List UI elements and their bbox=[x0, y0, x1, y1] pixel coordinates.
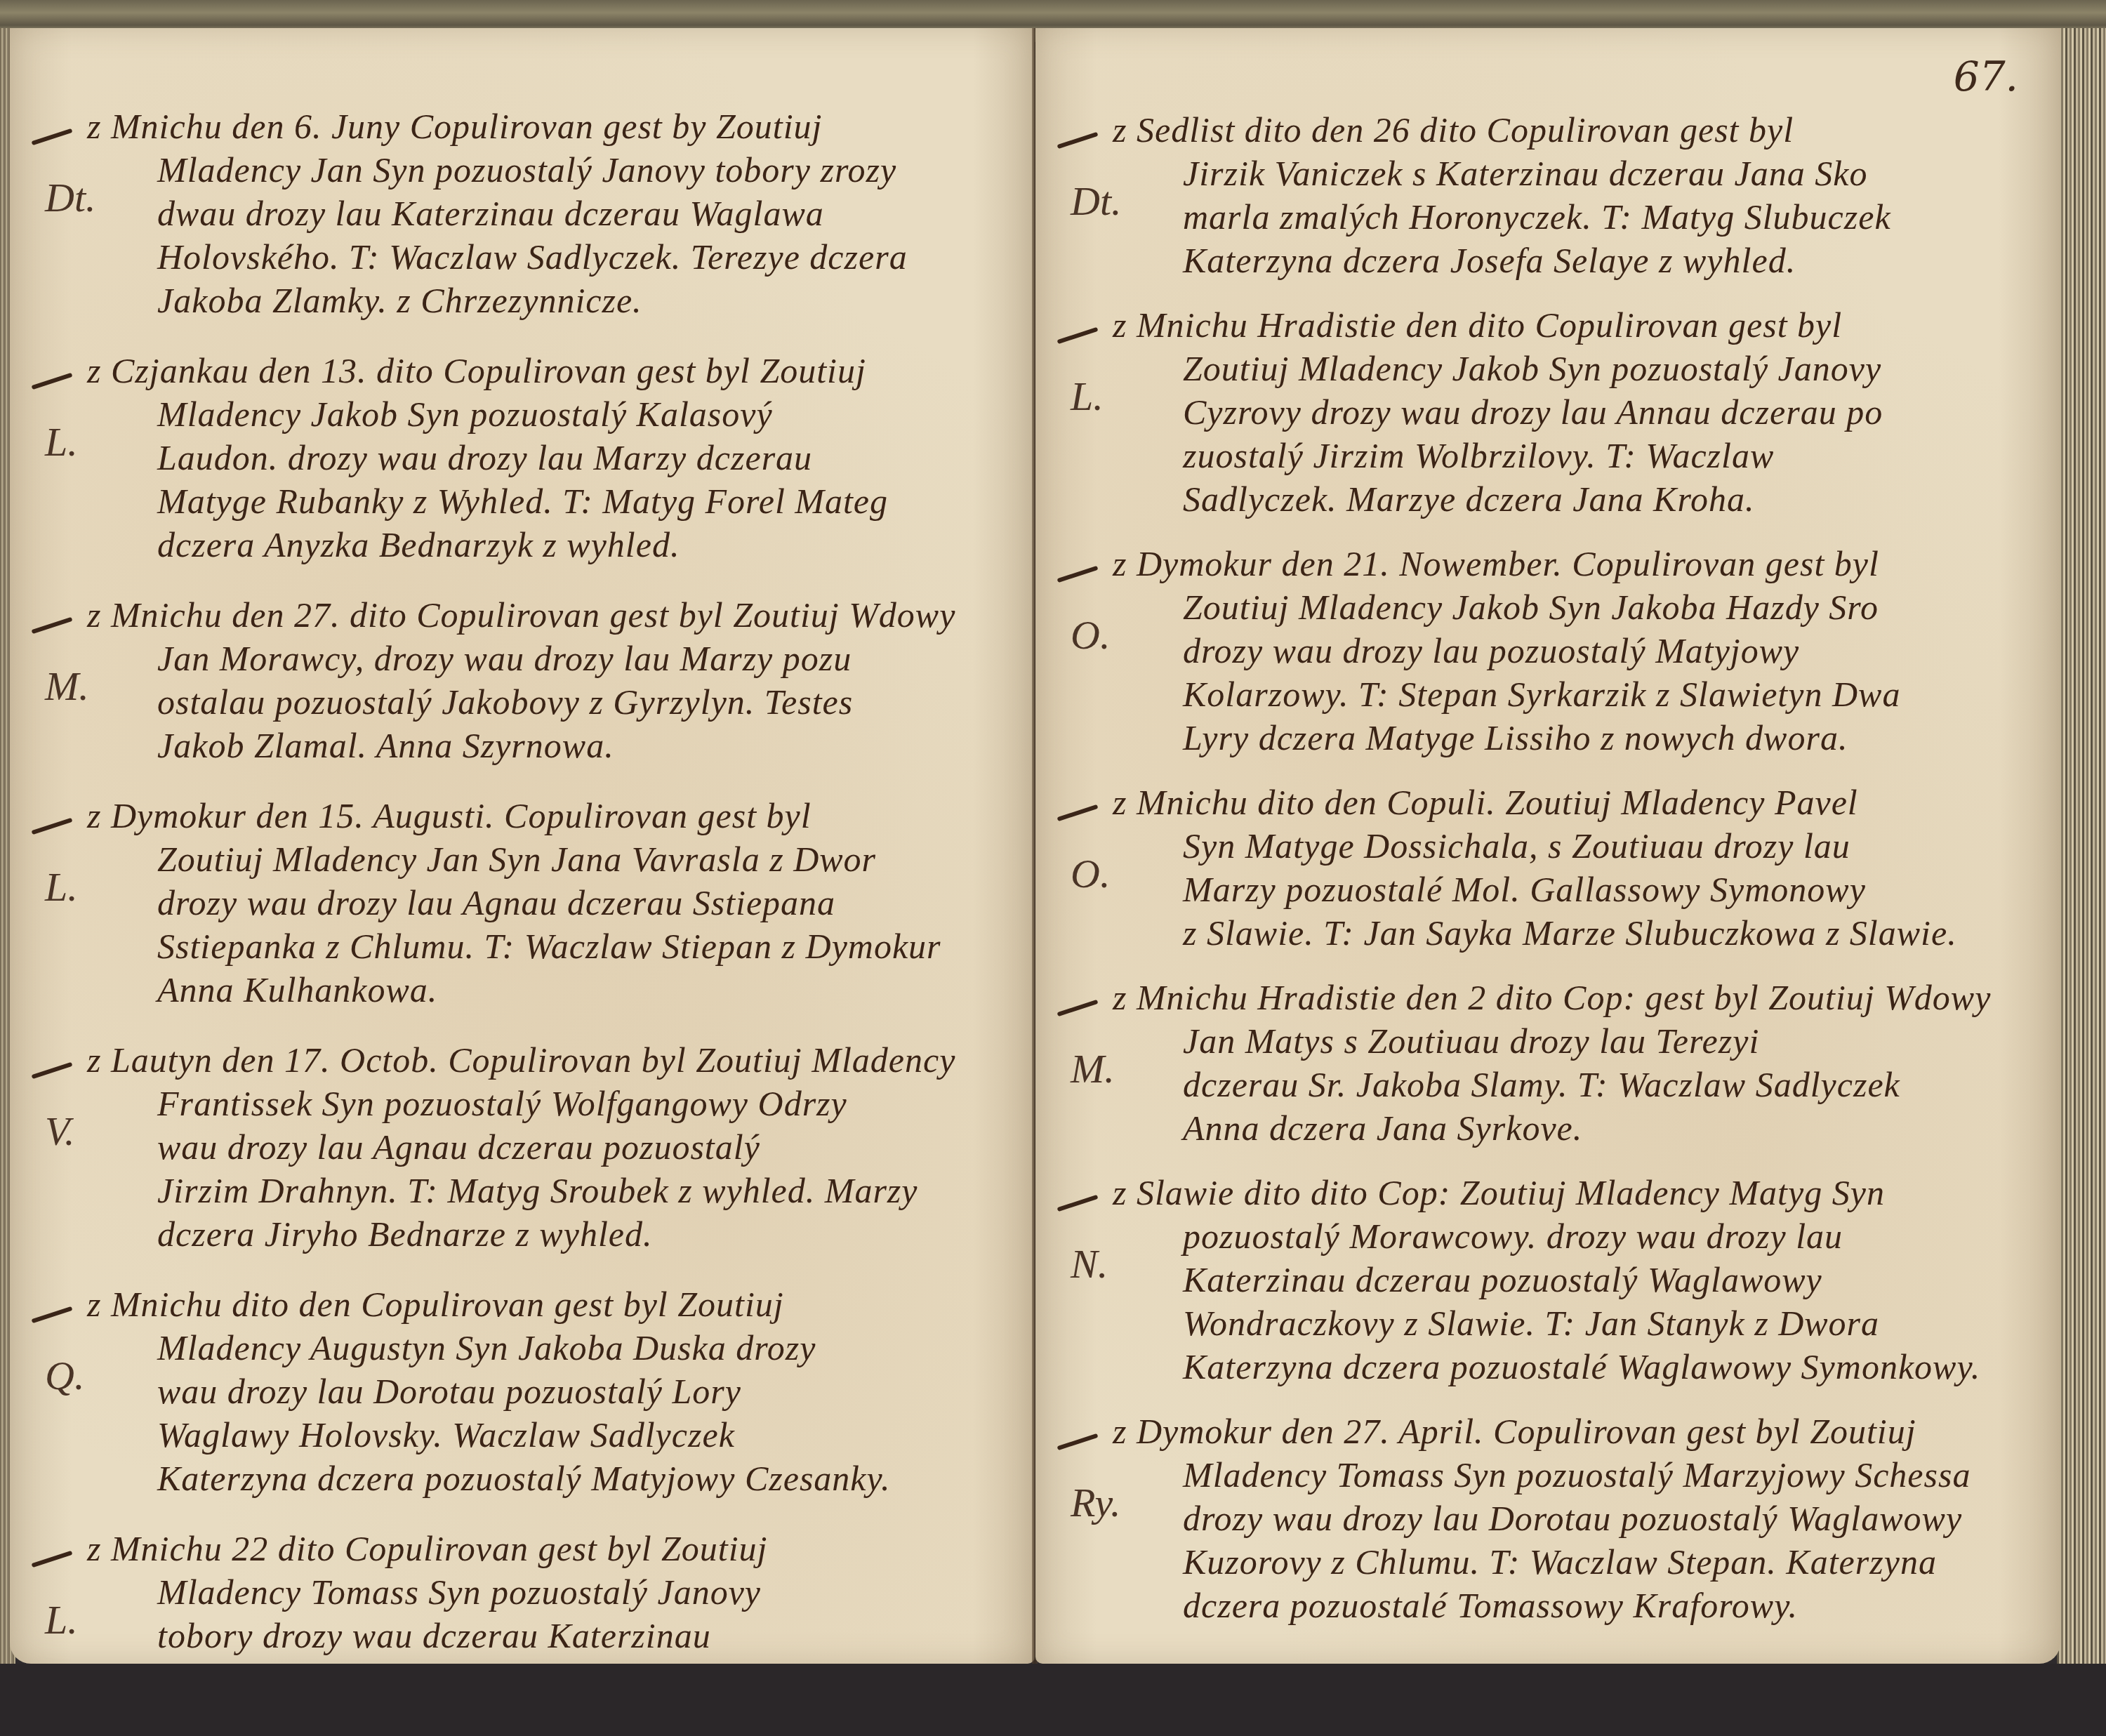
entry-heading-line: z Dymokur den 27. April. Copulirovan ges… bbox=[1113, 1414, 2039, 1449]
entry-text-line: Katerzyna dczera pozuostalé Waglawowy Sy… bbox=[1183, 1349, 2039, 1384]
entry-text-line: drozy wau drozy lau Dorotau pozuostalý W… bbox=[1183, 1501, 2039, 1536]
entry-text-line: Kolarzowy. T: Stepan Syrkarzik z Slawiet… bbox=[1183, 677, 2039, 712]
entry-text-line: dczera Jiryho Bednarze z wyhled. bbox=[157, 1217, 1014, 1252]
entry-text-line: Katerzyna dczera Josefa Selaye z wyhled. bbox=[1183, 243, 2039, 278]
entry-heading-line: z Mnichu 22 dito Copulirovan gest byl Zo… bbox=[87, 1531, 1014, 1566]
margin-flourish bbox=[32, 818, 73, 835]
entry-heading-line: z Mnichu Hradistie den 2 dito Cop: gest … bbox=[1113, 980, 2039, 1015]
margin-marker: L. bbox=[1071, 373, 1104, 420]
margin-flourish bbox=[1057, 566, 1099, 583]
margin-marker: Ry. bbox=[1071, 1479, 1120, 1526]
entry-text-line: Mladency Augustyn Syn Jakoba Duska drozy bbox=[157, 1330, 1014, 1365]
entry-text-line: Matyge Rubanky z Wyhled. T: Matyg Forel … bbox=[157, 484, 1014, 519]
entry-heading-line: z Mnichu Hradistie den dito Copulirovan … bbox=[1113, 307, 2039, 343]
entry-text-line: dwau drozy lau Katerzinau dczerau Waglaw… bbox=[157, 196, 1014, 231]
right-page: 67. z Sedlist dito den 26 dito Copulirov… bbox=[1035, 28, 2060, 1664]
entry-text-line: tobory drozy wau dczerau Katerzinau bbox=[157, 1618, 1014, 1653]
margin-marker: L. bbox=[45, 418, 78, 465]
entry-text-line: dczerau Sr. Jakoba Slamy. T: Waczlaw Sad… bbox=[1183, 1067, 2039, 1102]
entry-text-line: dczera pozuostalé Tomassowy Kraforowy. bbox=[1183, 1588, 2039, 1623]
entry-heading-line: z Czjankau den 13. dito Copulirovan gest… bbox=[87, 353, 1014, 388]
margin-flourish bbox=[1057, 1433, 1099, 1450]
margin-flourish bbox=[1057, 327, 1099, 344]
entry-text-line: Mladency Jan Syn pozuostalý Janovy tobor… bbox=[157, 152, 1014, 187]
entry-text-line: Jakob Zlamal. Anna Szyrnowa. bbox=[157, 728, 1014, 763]
margin-flourish bbox=[32, 1551, 73, 1568]
entry-text-line: Laudon. drozy wau drozy lau Marzy dczera… bbox=[157, 440, 1014, 475]
entry-text-line: Lyry dczera Matyge Lissiho z nowych dwor… bbox=[1183, 720, 2039, 755]
entry-text-line: marla zmalých Horonyczek. T: Matyg Slubu… bbox=[1183, 199, 2039, 234]
entry-text-line: Jakoba Zlamky. z Chrzezynnicze. bbox=[157, 283, 1014, 318]
entry-text-line: pozuostalý Morawcowy. drozy wau drozy la… bbox=[1183, 1219, 2039, 1254]
entry-text-line: Mladency Jakob Syn pozuostalý Kalasový bbox=[157, 397, 1014, 432]
entry-text-line: Mladency Tomass Syn pozuostalý Janovy bbox=[157, 1575, 1014, 1610]
margin-marker: V. bbox=[45, 1108, 74, 1155]
entry-text-line: Cyzrovy drozy wau drozy lau Annau dczera… bbox=[1183, 395, 2039, 430]
margin-flourish bbox=[32, 373, 73, 390]
margin-marker: N. bbox=[1071, 1240, 1108, 1287]
right-page-stack bbox=[2057, 28, 2106, 1664]
entry-heading-line: z Slawie dito dito Cop: Zoutiuj Mladency… bbox=[1113, 1175, 2039, 1210]
entry-text-line: Frantissek Syn pozuostalý Wolfgangowy Od… bbox=[157, 1086, 1014, 1121]
entry-heading-line: z Dymokur den 21. Nowember. Copulirovan … bbox=[1113, 546, 2039, 581]
entry-text-line: zuostalý Jirzim Wolbrzilovy. T: Waczlaw bbox=[1183, 438, 2039, 473]
margin-flourish bbox=[1057, 804, 1099, 821]
margin-flourish bbox=[32, 1306, 73, 1323]
entry-text-line: Waglawy Holovsky. Waczlaw Sadlyczek bbox=[157, 1417, 1014, 1452]
margin-flourish bbox=[1057, 132, 1099, 149]
entry-heading-line: z Mnichu dito den Copulirovan gest byl Z… bbox=[87, 1287, 1014, 1322]
entry-text-line: Anna Kulhankowa. bbox=[157, 972, 1014, 1007]
entry-heading-line: z Mnichu den 27. dito Copulirovan gest b… bbox=[87, 597, 1014, 632]
entry-text-line: dczera Anyzka Bednarzyk z wyhled. bbox=[157, 527, 1014, 562]
entry-heading-line: z Mnichu dito den Copuli. Zoutiuj Mladen… bbox=[1113, 785, 2039, 820]
entry-text-line: Zoutiuj Mladency Jan Syn Jana Vavrasla z… bbox=[157, 842, 1014, 877]
margin-marker: Dt. bbox=[45, 174, 96, 221]
entry-text-line: wau drozy lau Agnau dczerau pozuostalý bbox=[157, 1129, 1014, 1165]
entry-text-line: Katerzyna dczera pozuostalý Matyjowy Cze… bbox=[157, 1461, 1014, 1496]
margin-flourish bbox=[32, 1062, 73, 1079]
entry-text-line: Wondraczkovy z Slawie. T: Jan Stanyk z D… bbox=[1183, 1306, 2039, 1341]
entry-heading-line: z Dymokur den 15. Augusti. Copulirovan g… bbox=[87, 798, 1014, 833]
entry-text-line: wau drozy lau Dorotau pozuostalý Lory bbox=[157, 1374, 1014, 1409]
margin-marker: L. bbox=[45, 1596, 78, 1643]
entry-heading-line: z Mnichu den 6. Juny Copulirovan gest by… bbox=[87, 109, 1014, 144]
entry-text-line: drozy wau drozy lau Agnau dczerau Sstiep… bbox=[157, 885, 1014, 920]
entry-text-line: Marzy pozuostalé Mol. Gallassowy Symonow… bbox=[1183, 872, 2039, 907]
margin-marker: Q. bbox=[45, 1352, 84, 1399]
entry-heading-line: z Sedlist dito den 26 dito Copulirovan g… bbox=[1113, 112, 2039, 147]
entry-text-line: z Slawie. T: Jan Sayka Marze Slubuczkowa… bbox=[1183, 915, 2039, 950]
entry-text-line: Zoutiuj Mladency Jakob Syn pozuostalý Ja… bbox=[1183, 351, 2039, 386]
entry-text-line: Syn Matyge Dossichala, s Zoutiuau drozy … bbox=[1183, 828, 2039, 863]
margin-flourish bbox=[32, 128, 73, 145]
margin-marker: O. bbox=[1071, 850, 1110, 897]
entry-text-line: Sstiepanka z Chlumu. T: Waczlaw Stiepan … bbox=[157, 929, 1014, 964]
entry-text-line: Zoutiuj Mladency Jakob Syn Jakoba Hazdy … bbox=[1183, 590, 2039, 625]
entry-text-line: Holovského. T: Waczlaw Sadlyczek. Terezy… bbox=[157, 239, 1014, 274]
entry-text-line: Jirzik Vaniczek s Katerzinau dczerau Jan… bbox=[1183, 156, 2039, 191]
margin-marker: L. bbox=[45, 863, 78, 910]
left-page: z Mnichu den 6. Juny Copulirovan gest by… bbox=[10, 28, 1035, 1664]
margin-marker: O. bbox=[1071, 611, 1110, 658]
margin-flourish bbox=[1057, 1195, 1099, 1212]
margin-marker: Dt. bbox=[1071, 178, 1122, 225]
entry-text-line: Jan Morawcy, drozy wau drozy lau Marzy p… bbox=[157, 641, 1014, 676]
entry-text-line: Sadlyczek. Marzye dczera Jana Kroha. bbox=[1183, 482, 2039, 517]
entry-heading-line: z Lautyn den 17. Octob. Copulirovan byl … bbox=[87, 1042, 1014, 1078]
entry-text-line: Anna dczera Jana Syrkove. bbox=[1183, 1111, 2039, 1146]
entry-text-line: Katerzinau dczerau pozuostalý Waglawowy bbox=[1183, 1262, 2039, 1297]
entry-text-line: drozy wau drozy lau pozuostalý Matyjowy bbox=[1183, 633, 2039, 668]
entry-text-line: Jan Matys s Zoutiuau drozy lau Terezyi bbox=[1183, 1023, 2039, 1059]
margin-marker: M. bbox=[45, 663, 89, 710]
scan-background bbox=[0, 1664, 2106, 1736]
margin-flourish bbox=[1057, 1000, 1099, 1016]
entry-text-line: Jirzim Drahnyn. T: Matyg Sroubek z wyhle… bbox=[157, 1173, 1014, 1208]
margin-marker: M. bbox=[1071, 1045, 1115, 1092]
margin-flourish bbox=[32, 617, 73, 634]
page-number: 67. bbox=[1954, 53, 2018, 100]
entry-text-line: Kuzorovy z Chlumu. T: Waczlaw Stepan. Ka… bbox=[1183, 1544, 2039, 1579]
entry-text-line: ostalau pozuostalý Jakobovy z Gyrzylyn. … bbox=[157, 684, 1014, 720]
entry-text-line: Mladency Tomass Syn pozuostalý Marzyjowy… bbox=[1183, 1457, 2039, 1492]
